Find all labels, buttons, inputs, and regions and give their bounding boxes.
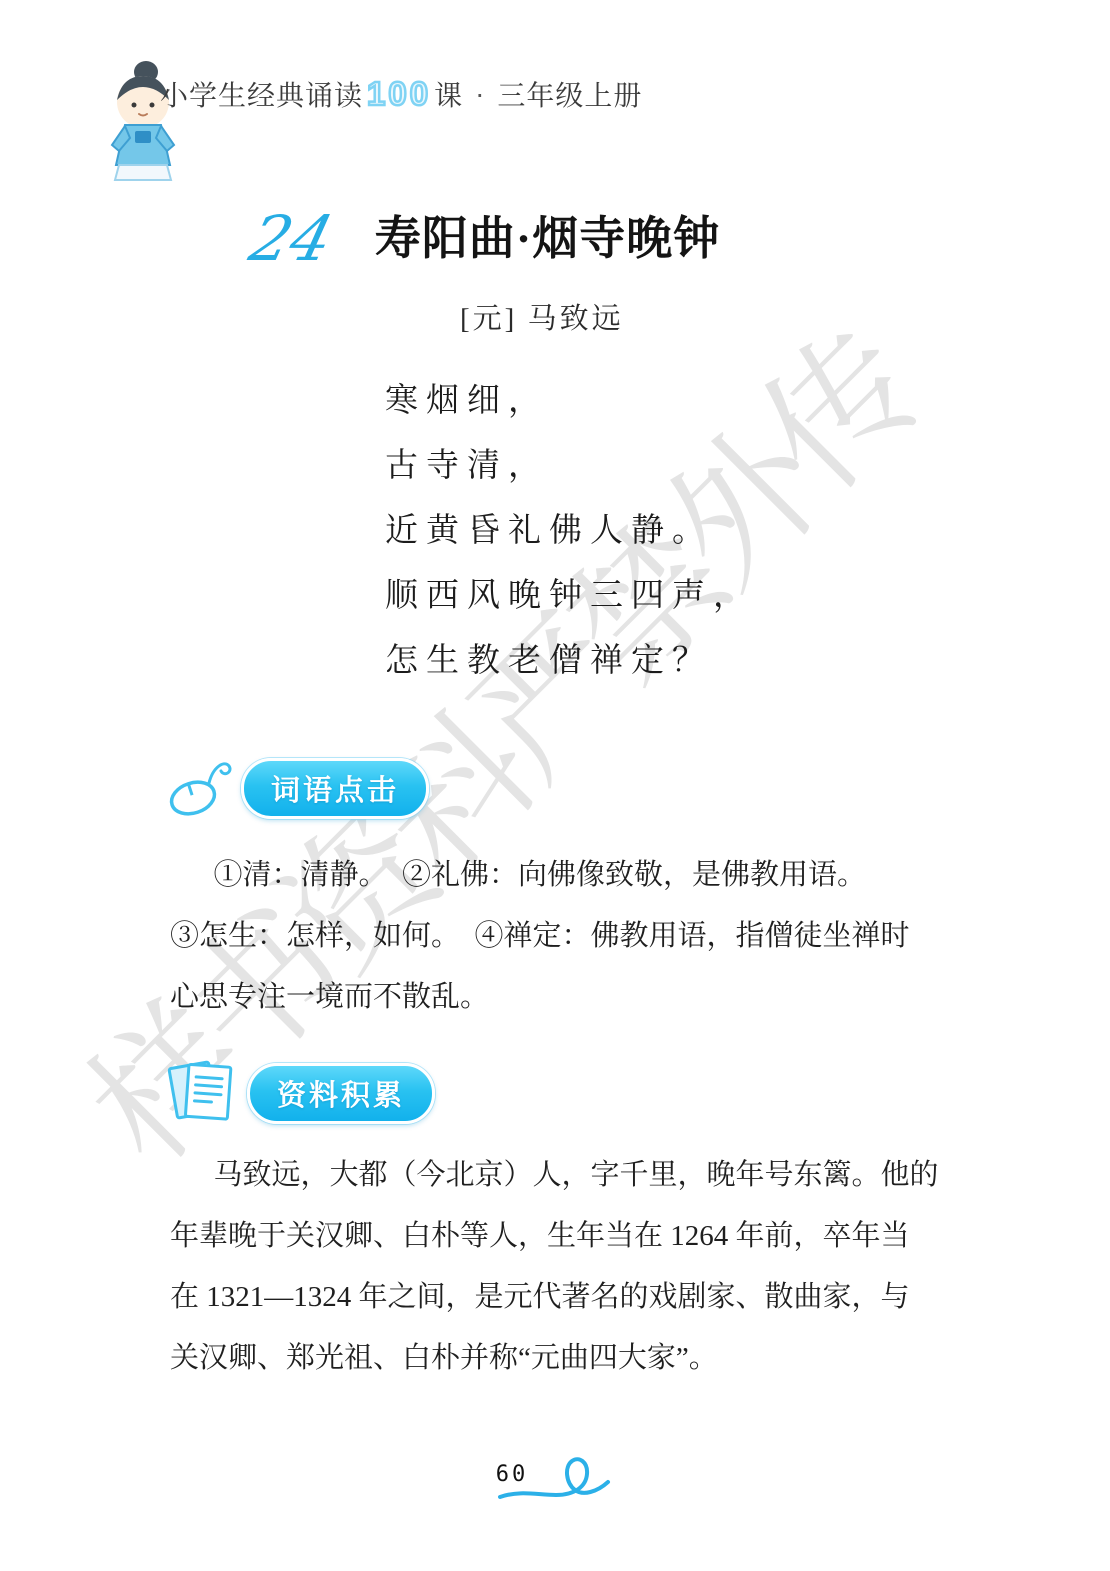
- series-title-post: 课: [434, 74, 463, 114]
- badge-words: 词语点击: [241, 758, 429, 819]
- lesson-number: 24: [244, 208, 338, 270]
- lesson-title: 寿阳曲·烟寺晚钟: [375, 211, 720, 267]
- series-title-pre: 小学生经典诵读: [160, 74, 363, 114]
- series-volume: 三年级上册: [497, 74, 642, 114]
- note-line: 心思专注一境而不散乱。: [170, 967, 960, 1028]
- note-line: ①清：清静。 ②礼佛：向佛像致敬，是佛教用语。: [170, 845, 960, 906]
- bio-line: 在 1321—1324 年之间，是元代著名的戏剧家、散曲家，与: [170, 1267, 960, 1328]
- badge-material: 资料积累: [247, 1063, 435, 1124]
- page-number: 60: [496, 1462, 529, 1487]
- poem-line: 古寺清，: [385, 434, 1110, 499]
- poem-line: 顺西风晚钟三四声，: [385, 564, 1110, 629]
- documents-icon: [163, 1056, 243, 1131]
- page-footer: 60: [0, 1437, 1110, 1512]
- note-line: ③怎生：怎样，如何。 ④禅定：佛教用语，指僧徒坐禅时: [170, 906, 960, 967]
- poem: 寒烟细，古寺清，近黄昏礼佛人静。顺西风晚钟三四声，怎生教老僧禅定？: [385, 369, 1110, 694]
- poem-line: 近黄昏礼佛人静。: [385, 499, 1110, 564]
- poem-line: 寒烟细，: [385, 369, 1110, 434]
- author-bio: 马致远，大都（今北京）人，字千里，晚年号东篱。他的年辈晚于关汉卿、白朴等人，生年…: [170, 1145, 960, 1389]
- section-head-words: 词语点击: [163, 754, 1110, 823]
- page-header: 小学生经典诵读 100 课 · 三年级上册: [0, 0, 1110, 190]
- textbook-page: 小学生经典诵读 100 课 · 三年级上册 24 寿阳曲·烟寺晚钟 [元] 马致…: [0, 0, 1110, 1512]
- series-number: 100: [367, 75, 431, 113]
- lesson-author: [元] 马致远: [460, 296, 1110, 337]
- series-title: 小学生经典诵读 100 课 · 三年级上册: [160, 74, 642, 114]
- bio-line: 马致远，大都（今北京）人，字千里，晚年号东篱。他的: [170, 1145, 960, 1206]
- bio-line: 关汉卿、郑光祖、白朴并称“元曲四大家”。: [170, 1328, 960, 1389]
- word-notes: ①清：清静。 ②礼佛：向佛像致敬，是佛教用语。③怎生：怎样，如何。 ④禅定：佛教…: [170, 845, 960, 1028]
- section-head-material: 资料积累: [163, 1056, 1110, 1131]
- lesson-head: 24 寿阳曲·烟寺晚钟: [252, 208, 1110, 270]
- poem-line: 怎生教老僧禅定？: [385, 629, 1110, 694]
- bio-line: 年辈晚于关汉卿、白朴等人，生年当在 1264 年前，卒年当: [170, 1206, 960, 1267]
- series-separator: ·: [475, 78, 485, 110]
- mouse-icon: [163, 754, 237, 823]
